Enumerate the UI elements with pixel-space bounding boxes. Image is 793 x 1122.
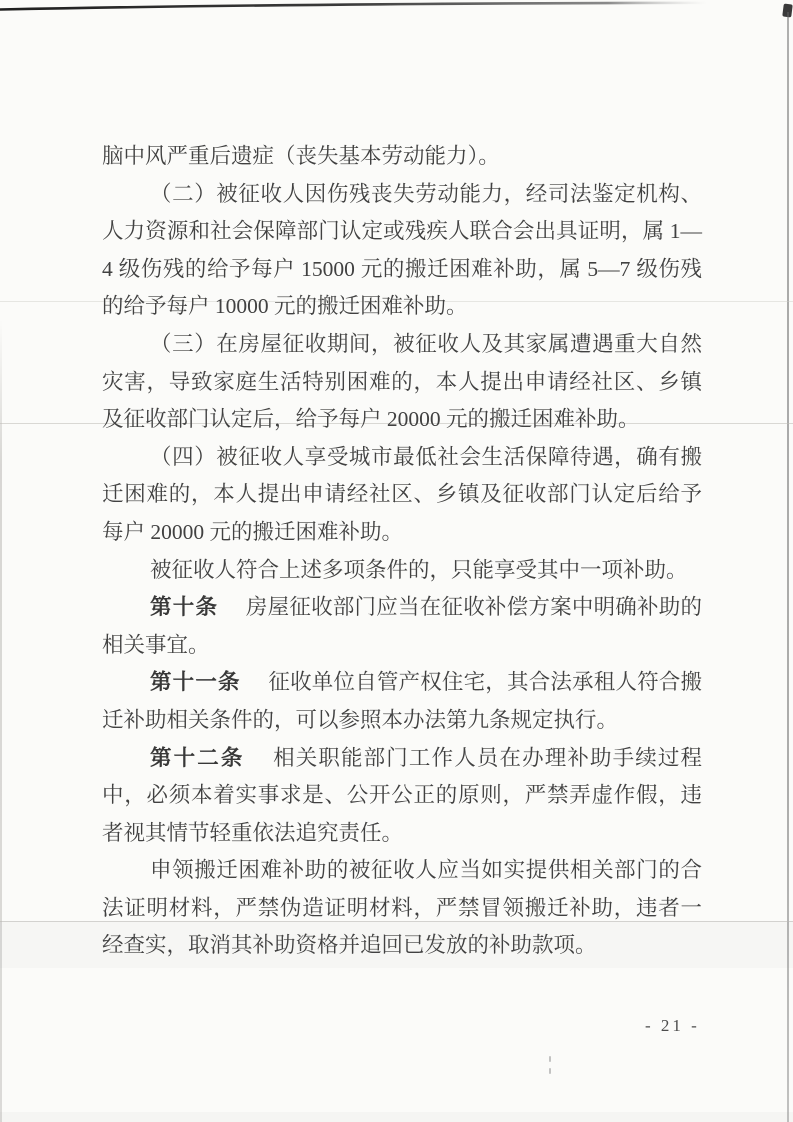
paragraph-text: 申领搬迁困难补助的被征收人应当如实提供相关部门的合法证明材料，严禁伪造证明材料，… <box>102 858 702 957</box>
paragraph-text: （四）被征收人享受城市最低社会生活保障待遇，确有搬迁困难的，本人提出申请经社区、… <box>102 445 702 544</box>
scan-artifact-top-edge-line <box>0 0 793 16</box>
paragraph-text: （三）在房屋征收期间，被征收人及其家属遭遇重大自然灾害，导致家庭生活特别困难的，… <box>102 332 702 431</box>
paragraph-text: 被征收人符合上述多项条件的，只能享受其中一项补助。 <box>150 558 688 582</box>
paragraph: 第十一条 征收单位自管产权住宅，其合法承租人符合搬迁补助相关条件的，可以参照本办… <box>102 664 702 739</box>
scan-artifact-left-edge-line <box>0 320 2 1122</box>
paragraph-text: 脑中风严重后遗症（丧失基本劳动能力）。 <box>102 144 500 168</box>
scanned-page: 脑中风严重后遗症（丧失基本劳动能力）。（二）被征收人因伤残丧失劳动能力，经司法鉴… <box>0 0 793 1122</box>
paragraph-text: （二）被征收人因伤残丧失劳动能力，经司法鉴定机构、人力资源和社会保障部门认定或残… <box>102 182 702 319</box>
scan-artifact-right-edge-line <box>787 12 789 1122</box>
paragraph: 申领搬迁困难补助的被征收人应当如实提供相关部门的合法证明材料，严禁伪造证明材料，… <box>102 852 702 965</box>
paragraph: 被征收人符合上述多项条件的，只能享受其中一项补助。 <box>102 552 702 590</box>
scan-artifact-band <box>0 1112 793 1122</box>
scan-artifact-speck <box>549 1056 551 1062</box>
article-number: 第十条 <box>150 595 218 619</box>
page-number: - 21 - <box>645 1016 755 1036</box>
article-number: 第十一条 <box>150 670 241 694</box>
document-body: 脑中风严重后遗症（丧失基本劳动能力）。（二）被征收人因伤残丧失劳动能力，经司法鉴… <box>102 138 702 965</box>
paragraph: （三）在房屋征收期间，被征收人及其家属遭遇重大自然灾害，导致家庭生活特别困难的，… <box>102 326 702 439</box>
paragraph: 脑中风严重后遗症（丧失基本劳动能力）。 <box>102 138 702 176</box>
paragraph: （二）被征收人因伤残丧失劳动能力，经司法鉴定机构、人力资源和社会保障部门认定或残… <box>102 176 702 326</box>
paragraph: 第十二条 相关职能部门工作人员在办理补助手续过程中，必须本着实事求是、公开公正的… <box>102 740 702 853</box>
paragraph: （四）被征收人享受城市最低社会生活保障待遇，确有搬迁困难的，本人提出申请经社区、… <box>102 439 702 552</box>
paragraph: 第十条 房屋征收部门应当在征收补偿方案中明确补助的相关事宜。 <box>102 589 702 664</box>
article-number: 第十二条 <box>150 746 245 770</box>
scan-artifact-speck <box>549 1068 551 1074</box>
